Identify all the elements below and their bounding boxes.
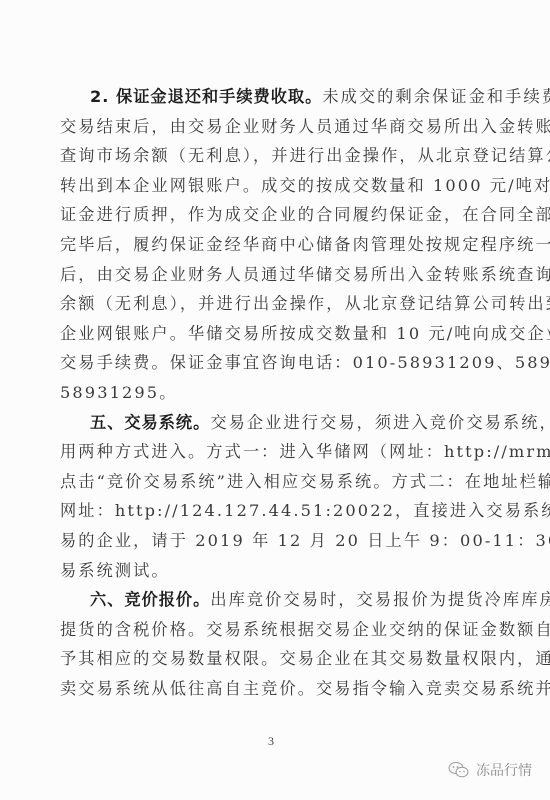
line-text: 证金进行质押，作为成交企业的合同履约保证金，在合同全部履行 — [60, 205, 550, 224]
text-line: 查询市场余额（无利息），并进行出金操作，从北京登记结算公司 — [60, 141, 488, 171]
text-line: 2. 保证金退还和手续费收取。未成交的剩余保证金和手续费在 — [60, 82, 488, 112]
text-line: 证金进行质押，作为成交企业的合同履约保证金，在合同全部履行 — [60, 200, 488, 230]
line-text: 未成交的剩余保证金和手续费在 — [322, 87, 550, 106]
line-text: 转出到本企业网银账户。成交的按成交数量和 1000 元/吨对相应保 — [60, 176, 550, 195]
line-text: 交易手续费。保证金事宜咨询电话：010-58931209、58931235、 — [60, 353, 550, 372]
line-text: 提货的含税价格。交易系统根据交易企业交纳的保证金数额自动授 — [60, 620, 550, 639]
line-text: 予其相应的交易数量权限。交易企业在其交易数量权限内，通过竞 — [60, 649, 550, 668]
text-line: 网址：http://124.127.44.51:20022，直接进入交易系统。参… — [60, 496, 488, 526]
line-text: 完毕后，履约保证金经华商中心储备肉管理处按规定程序统一释放 — [60, 235, 550, 254]
line-text: 余额（无利息），并进行出金操作，从北京登记结算公司转出到本 — [60, 294, 550, 313]
text-line: 完毕后，履约保证金经华商中心储备肉管理处按规定程序统一释放 — [60, 230, 488, 260]
text-line: 六、竞价报价。出库竞价交易时，交易报价为提货冷库库房内 — [60, 585, 488, 615]
text-line: 用两种方式进入。方式一：进入华储网（网址：http://mrm.com.cn）， — [60, 437, 488, 467]
text-line: 点击“竞价交易系统”进入相应交易系统。方式二：在地址栏输入 — [60, 467, 488, 497]
text-line: 58931295。 — [60, 378, 488, 408]
line-text: 58931295。 — [60, 383, 177, 402]
document-body: 2. 保证金退还和手续费收取。未成交的剩余保证金和手续费在交易结束后，由交易企业… — [60, 82, 488, 703]
line-text: 易的企业，请于 2019 年 12 月 20 日上午 9：00-11：30 参加… — [60, 531, 550, 550]
line-text: 企业网银账户。华储交易所按成交数量和 10 元/吨向成交企业收取 — [60, 324, 550, 343]
text-line: 予其相应的交易数量权限。交易企业在其交易数量权限内，通过竞 — [60, 644, 488, 674]
line-text: 网址：http://124.127.44.51:20022，直接进入交易系统。参… — [60, 501, 550, 520]
line-text: 用两种方式进入。方式一：进入华储网（网址：http://mrm.com.cn）， — [60, 442, 550, 461]
line-text: 卖交易系统从低往高自主竞价。交易指令输入竞卖交易系统并经确 — [60, 679, 550, 698]
text-line: 易系统测试。 — [60, 556, 488, 586]
line-text: 点击“竞价交易系统”进入相应交易系统。方式二：在地址栏输入 — [60, 472, 550, 491]
text-line: 卖交易系统从低往高自主竞价。交易指令输入竞卖交易系统并经确 — [60, 674, 488, 704]
text-line: 企业网银账户。华储交易所按成交数量和 10 元/吨向成交企业收取 — [60, 319, 488, 349]
text-line: 余额（无利息），并进行出金操作，从北京登记结算公司转出到本 — [60, 289, 488, 319]
watermark: 冻品行情 — [448, 760, 532, 780]
watermark-label: 冻品行情 — [476, 760, 532, 780]
text-line: 提货的含税价格。交易系统根据交易企业交纳的保证金数额自动授 — [60, 615, 488, 645]
text-line: 交易手续费。保证金事宜咨询电话：010-58931209、58931235、 — [60, 348, 488, 378]
line-text: 易系统测试。 — [60, 561, 170, 580]
page-number: 3 — [268, 734, 274, 749]
line-text: 出库竞价交易时，交易报价为提货冷库库房内 — [210, 590, 550, 609]
section-heading: 2. 保证金退还和手续费收取。 — [90, 87, 322, 106]
line-text: 交易结束后，由交易企业财务人员通过华商交易所出入金转账系统 — [60, 117, 550, 136]
text-line: 五、交易系统。交易企业进行交易，须进入竞价交易系统，可 — [60, 408, 488, 438]
text-line: 交易结束后，由交易企业财务人员通过华商交易所出入金转账系统 — [60, 112, 488, 142]
text-line: 易的企业，请于 2019 年 12 月 20 日上午 9：00-11：30 参加… — [60, 526, 488, 556]
document-page: 2. 保证金退还和手续费收取。未成交的剩余保证金和手续费在交易结束后，由交易企业… — [0, 0, 550, 800]
section-heading: 六、竞价报价。 — [90, 590, 210, 609]
section-heading: 五、交易系统。 — [90, 413, 210, 432]
wechat-icon — [448, 761, 470, 779]
line-text: 查询市场余额（无利息），并进行出金操作，从北京登记结算公司 — [60, 146, 550, 165]
line-text: 后，由交易企业财务人员通过华储交易所出入金转账系统查询市场 — [60, 265, 550, 284]
text-line: 后，由交易企业财务人员通过华储交易所出入金转账系统查询市场 — [60, 260, 488, 290]
line-text: 交易企业进行交易，须进入竞价交易系统，可 — [210, 413, 550, 432]
text-line: 转出到本企业网银账户。成交的按成交数量和 1000 元/吨对相应保 — [60, 171, 488, 201]
